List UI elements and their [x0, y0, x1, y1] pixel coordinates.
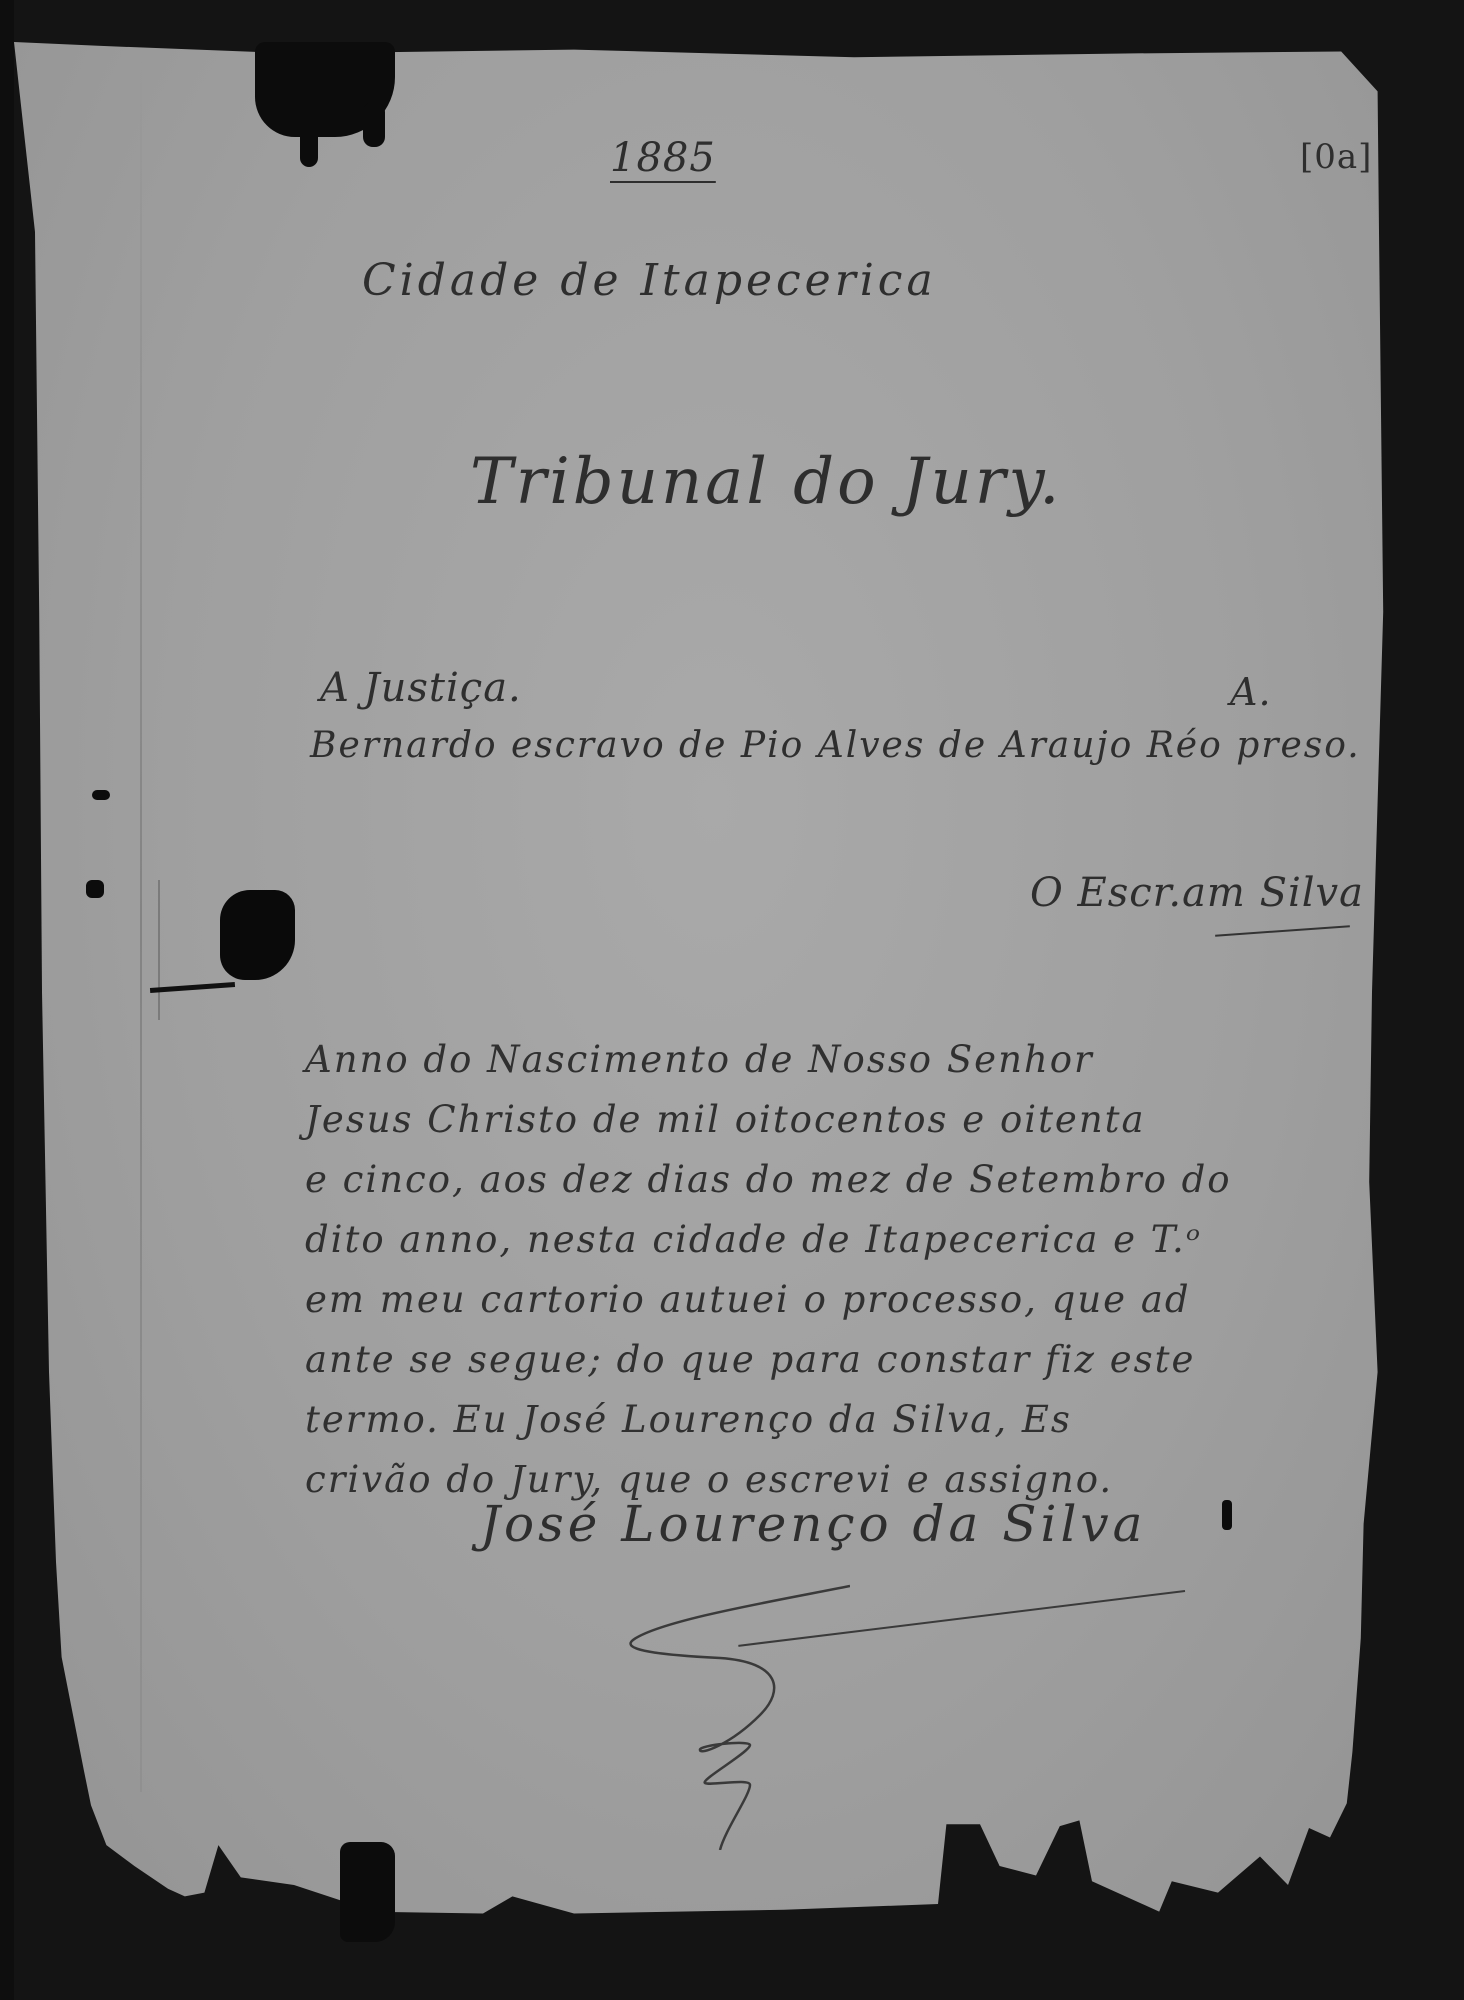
plaintiff-label: A Justiça. [320, 665, 522, 711]
plaintiff-mark: A. [1230, 670, 1272, 714]
page-fold-line [140, 52, 142, 1792]
damage-bottom-left [340, 1842, 395, 1942]
clerk-note: O Escr.am Silva [1030, 870, 1364, 916]
paragraph-line: ante se segue; do que para constar fiz e… [305, 1330, 1365, 1390]
signature-flourish [600, 1580, 850, 1850]
paragraph-line: termo. Eu José Lourenço da Silva, Es [305, 1390, 1365, 1450]
court-heading: Tribunal do Jury. [470, 445, 1062, 519]
autuacao-paragraph: Anno do Nascimento de Nosso Senhor Jesus… [305, 1030, 1365, 1510]
document-year: 1885 [610, 135, 716, 181]
ink-damage-top [255, 42, 395, 137]
paper-hole [220, 890, 295, 980]
scan-background-left [0, 0, 14, 2000]
clerk-signature: José Lourenço da Silva [480, 1495, 1147, 1553]
folio-marker: [0a] [1300, 137, 1372, 177]
paragraph-line: em meu cartorio autuei o processo, que a… [305, 1270, 1365, 1330]
city-heading: Cidade de Itapecerica [362, 255, 937, 306]
paragraph-line: Anno do Nascimento de Nosso Senhor [305, 1030, 1365, 1090]
paragraph-line: e cinco, aos dez dias do mez de Setembro… [305, 1150, 1365, 1210]
damage-spot [86, 880, 104, 898]
page-crease [158, 880, 160, 1020]
damage-spot [92, 790, 110, 800]
defendant-line: Bernardo escravo de Pio Alves de Araujo … [310, 725, 1361, 766]
paragraph-line: Jesus Christo de mil oitocentos e oitent… [305, 1090, 1365, 1150]
paragraph-line: dito anno, nesta cidade de Itapecerica e… [305, 1210, 1365, 1270]
